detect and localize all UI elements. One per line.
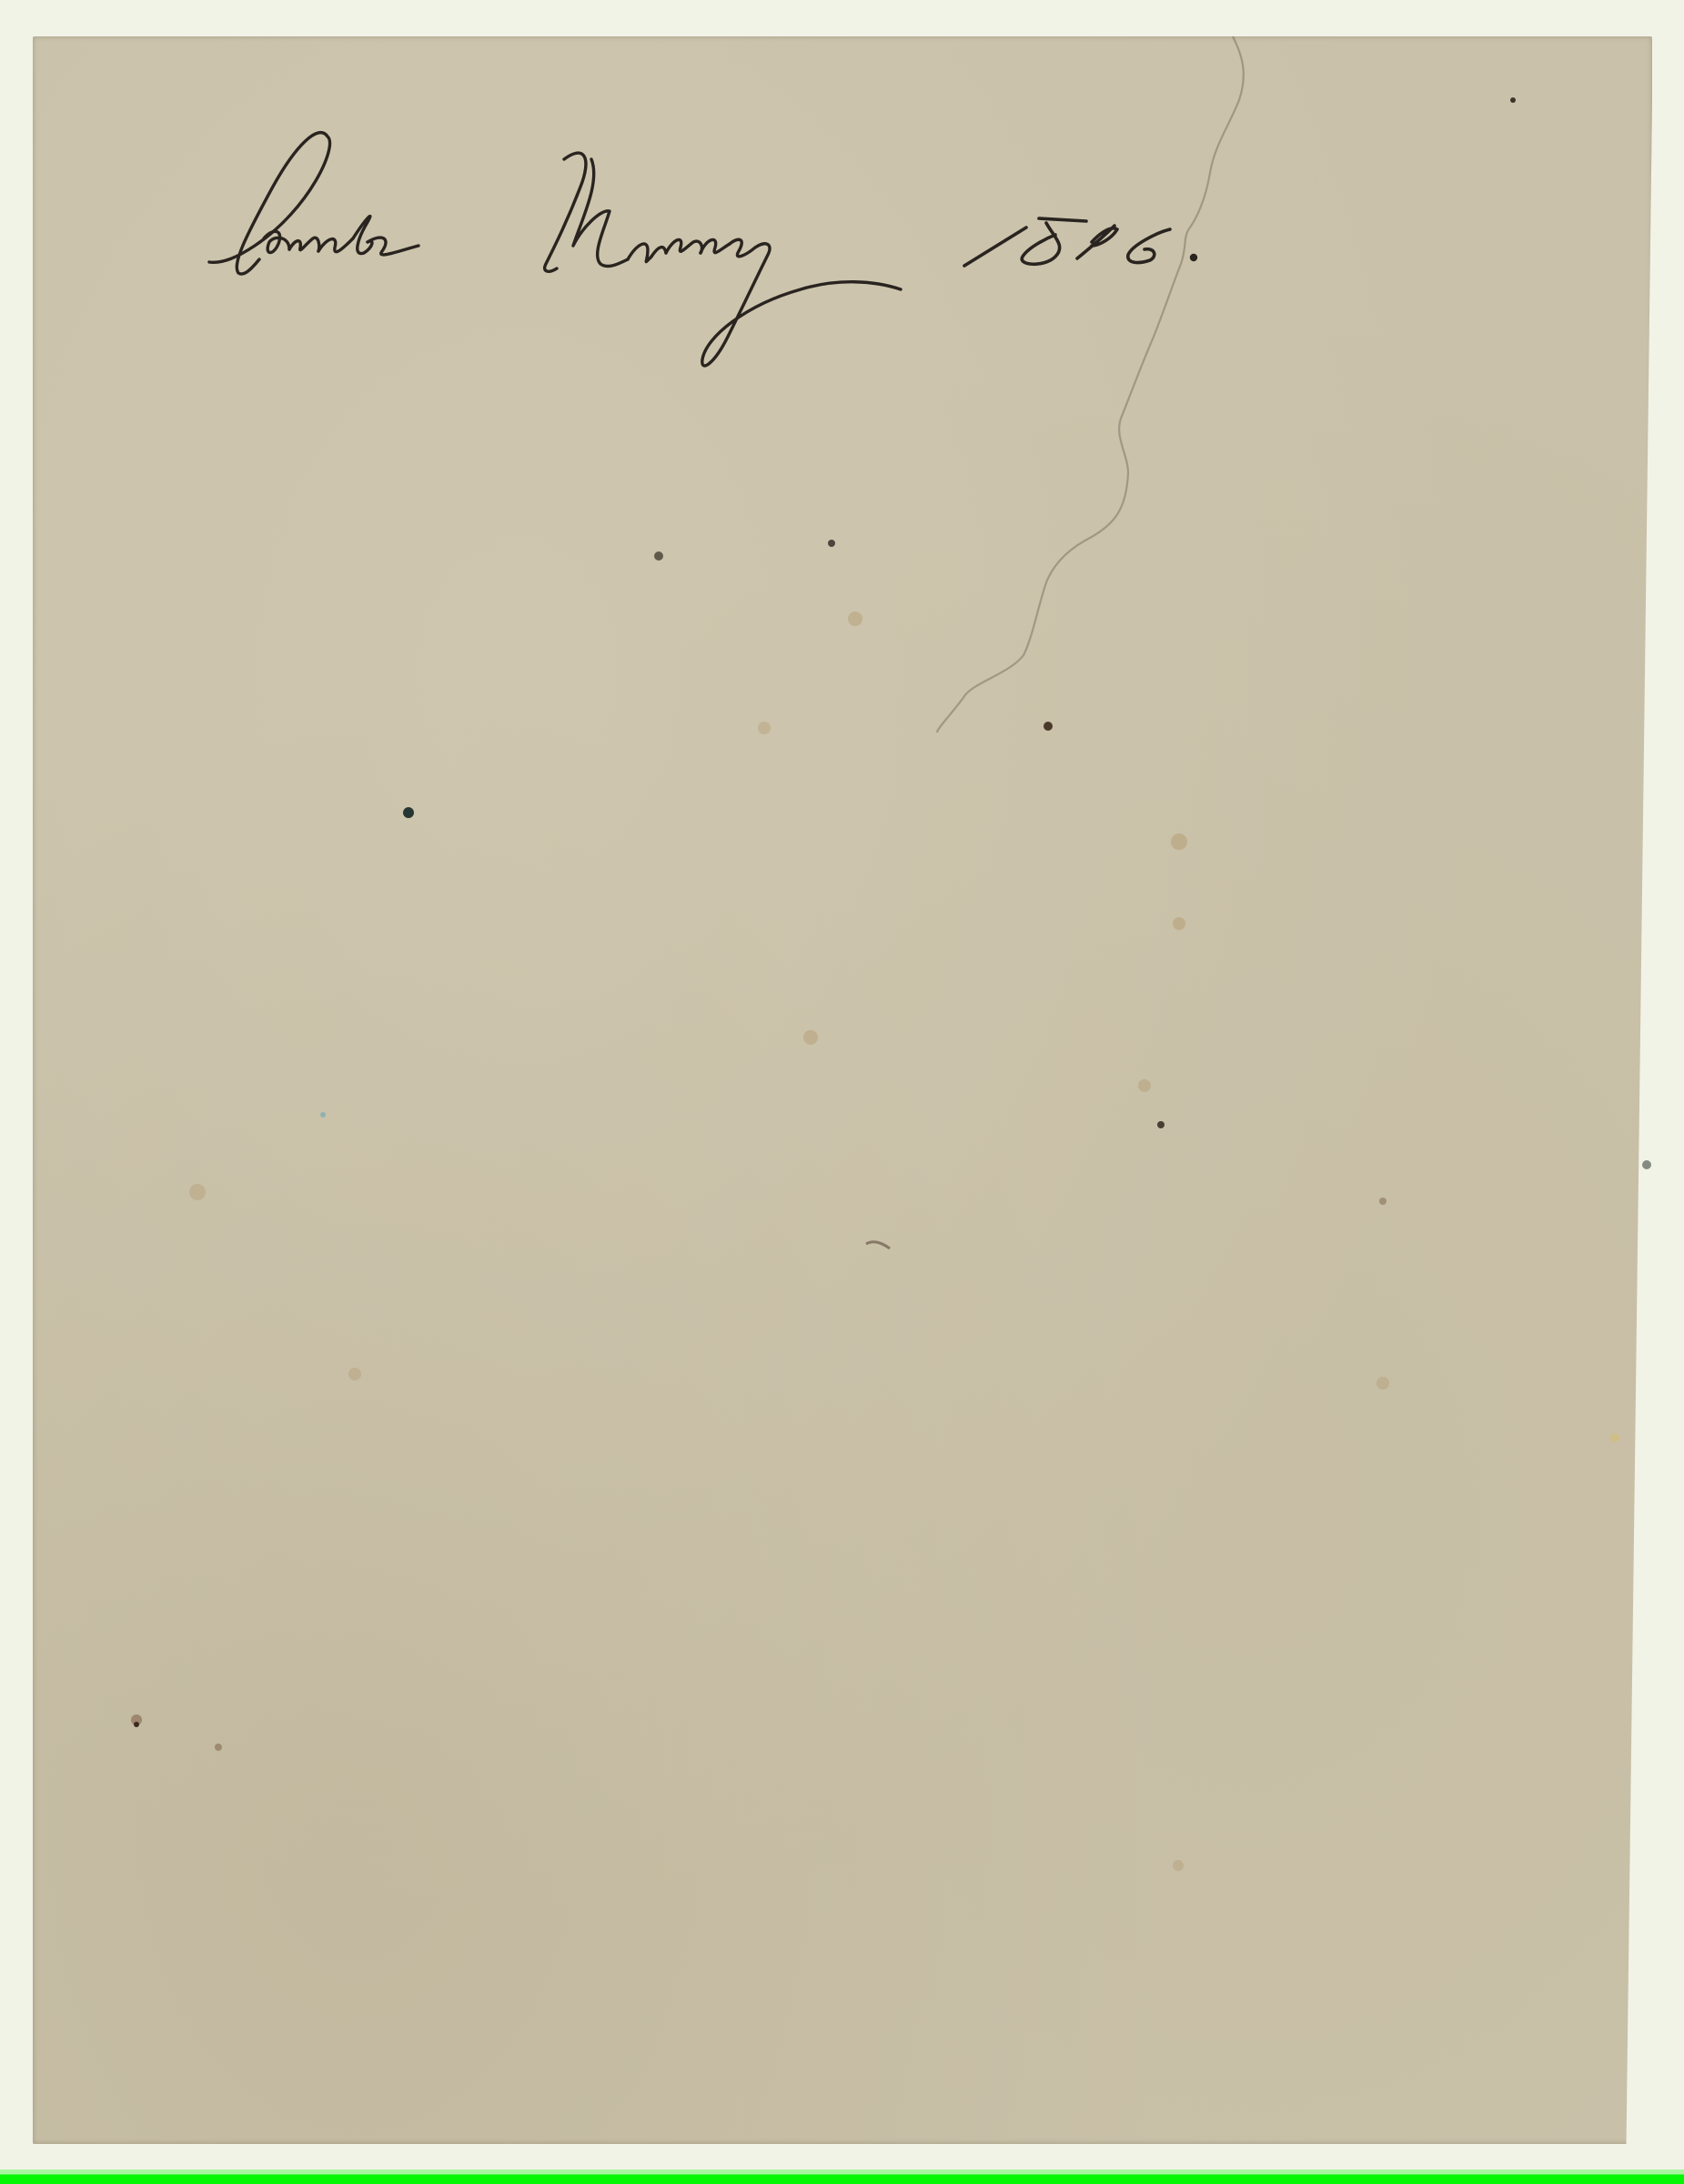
signature-narvaez (545, 153, 901, 366)
signature-concha (209, 133, 418, 274)
paper-stains (131, 97, 1651, 1871)
signature-year (964, 218, 1195, 266)
handwriting-and-marks (0, 0, 1684, 2184)
progress-indicator-bar (0, 2169, 1684, 2184)
paper-crack (937, 36, 1244, 733)
